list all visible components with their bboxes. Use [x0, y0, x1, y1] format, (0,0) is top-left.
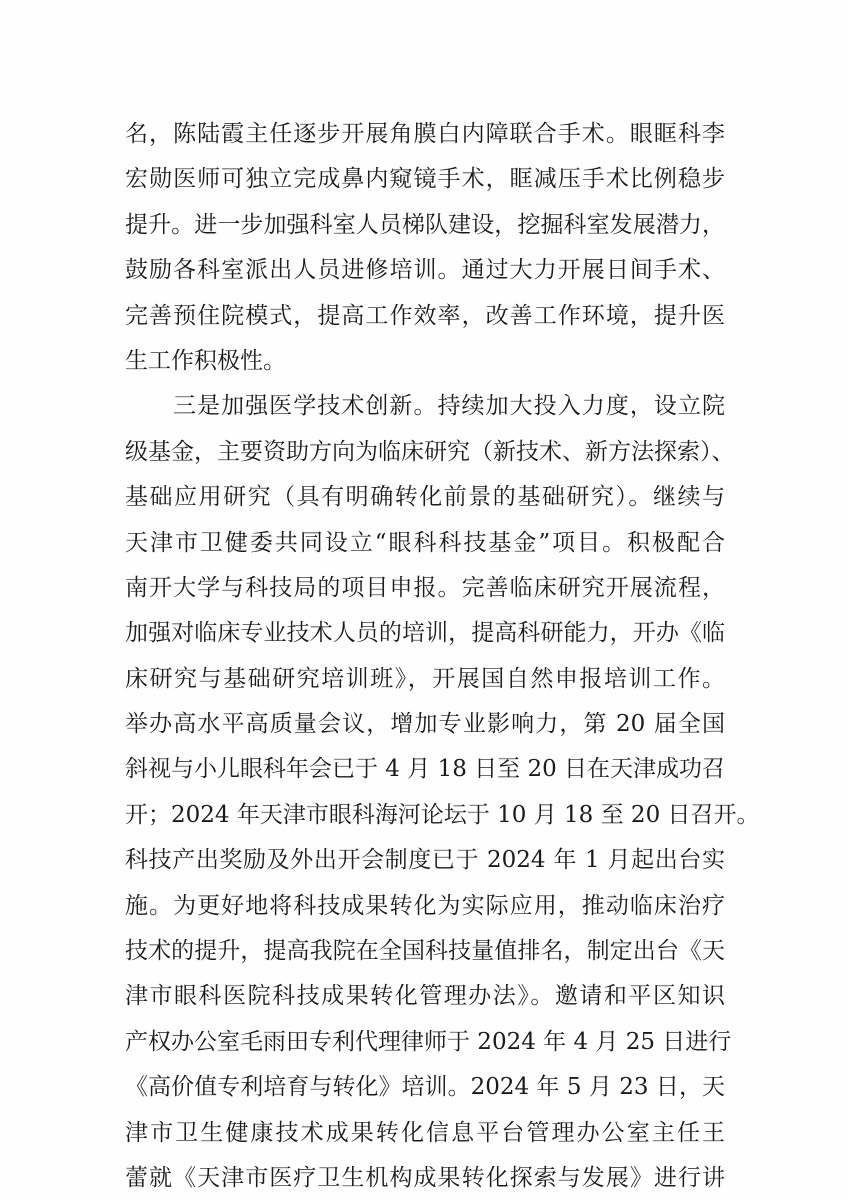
text-line: 科技产出奖励及外出开会制度已于 2024 年 1 月起出台实: [125, 838, 725, 883]
text-line: 鼓励各科室派出人员进修培训。通过大力开展日间手术、: [125, 248, 725, 293]
text-line: 技术的提升，提高我院在全国科技量值排名，制定出台《天: [125, 929, 725, 974]
text-line: 开；2024 年天津市眼科海河论坛于 10 月 18 至 20 日召开。: [125, 793, 725, 838]
text-line: 级基金，主要资助方向为临床研究（新技术、新方法探索）、: [125, 430, 725, 475]
paragraph-first-line: 三是加强医学技术创新。持续加大投入力度，设立院: [125, 384, 725, 429]
body-text: 名，陈陆霞主任逐步开展角膜白内障联合手术。眼眶科李 宏勋医师可独立完成鼻内窥镜手…: [125, 112, 725, 1200]
text-line: 产权办公室毛雨田专利代理律师于 2024 年 4 月 25 日进行: [125, 1020, 725, 1065]
text-line: 天津市卫健委共同设立“眼科科技基金”项目。积极配合: [125, 521, 725, 566]
text-line: 基础应用研究（具有明确转化前景的基础研究）。继续与: [125, 475, 725, 520]
text-line: 完善预住院模式，提高工作效率，改善工作环境，提升医: [125, 294, 725, 339]
text-line: 南开大学与科技局的项目申报。完善临床研究开展流程，: [125, 566, 725, 611]
text-line: 津市眼科医院科技成果转化管理办法》。邀请和平区知识: [125, 974, 725, 1019]
text-line: 斜视与小儿眼科年会已于 4 月 18 日至 20 日在天津成功召: [125, 747, 725, 792]
text-line: 宏勋医师可独立完成鼻内窥镜手术，眶减压手术比例稳步: [125, 157, 725, 202]
text-line: 举办高水平高质量会议，增加专业影响力，第 20 届全国: [125, 702, 725, 747]
text-line: 加强对临床专业技术人员的培训，提高科研能力，开办《临: [125, 611, 725, 656]
document-page: 名，陈陆霞主任逐步开展角膜白内障联合手术。眼眶科李 宏勋医师可独立完成鼻内窥镜手…: [0, 0, 848, 1200]
text-line: 施。为更好地将科技成果转化为实际应用，推动临床治疗: [125, 884, 725, 929]
text-line: 蕾就《天津市医疗卫生机构成果转化探索与发展》进行讲: [125, 1156, 725, 1200]
text-line: 床研究与基础研究培训班》，开展国自然申报培训工作。: [125, 657, 725, 702]
text-line: 名，陈陆霞主任逐步开展角膜白内障联合手术。眼眶科李: [125, 112, 725, 157]
text-line: 《高价值专利培育与转化》培训。2024 年 5 月 23 日，天: [125, 1065, 725, 1110]
text-line: 生工作积极性。: [125, 339, 725, 384]
text-line: 津市卫生健康技术成果转化信息平台管理办公室主任王: [125, 1111, 725, 1156]
text-line: 提升。进一步加强科室人员梯队建设，挖掘科室发展潜力，: [125, 203, 725, 248]
